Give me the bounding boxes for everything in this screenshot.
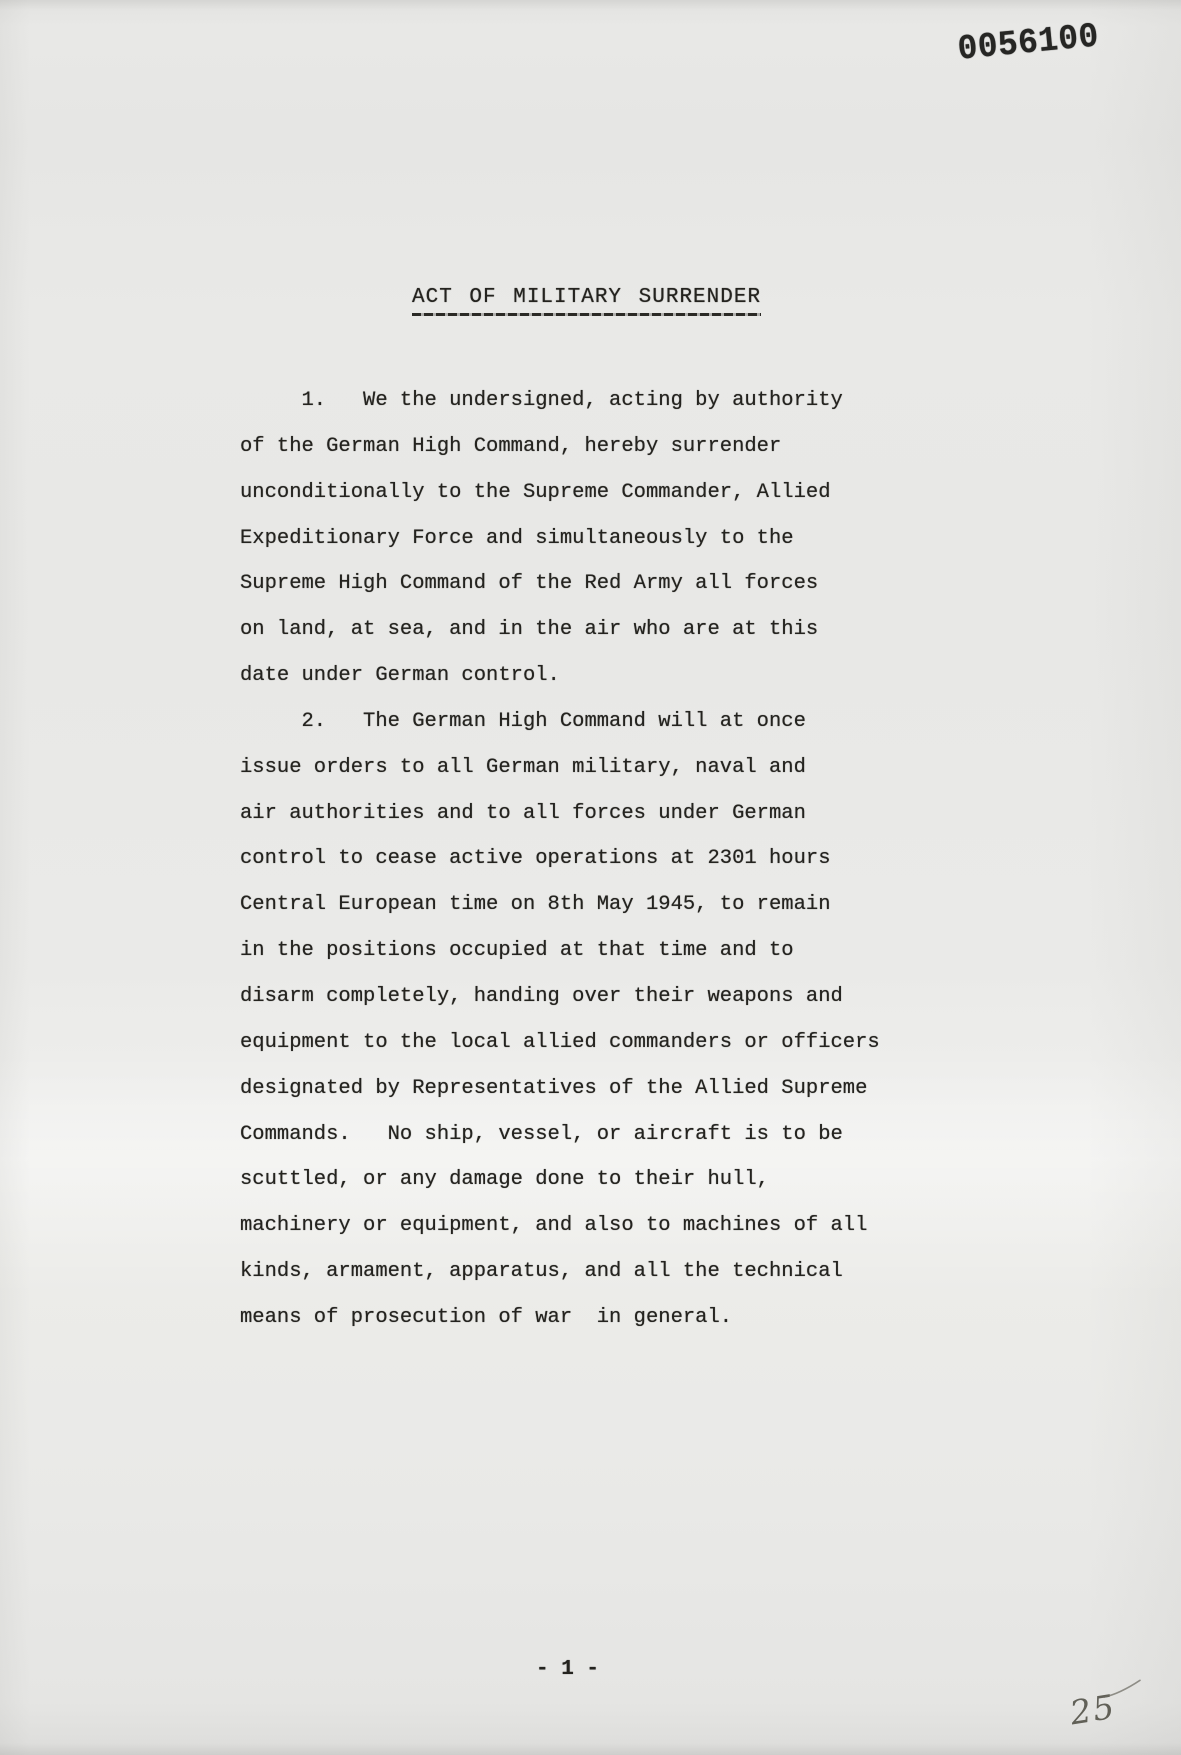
body-line: means of prosecution of war in general. — [240, 1295, 880, 1341]
body-line: in the positions occupied at that time a… — [240, 928, 880, 974]
body-line: air authorities and to all forces under … — [240, 791, 880, 837]
handwritten-annotation: 25 — [1067, 1687, 1119, 1733]
document-title: ACT OF MILITARY SURRENDER — [412, 286, 761, 316]
body-line: date under German control. — [240, 653, 880, 699]
body-line: Supreme High Command of the Red Army all… — [240, 561, 880, 607]
body-line: on land, at sea, and in the air who are … — [240, 607, 880, 653]
serial-number-stamp: 0056100 — [956, 16, 1101, 69]
body-line: machinery or equipment, and also to mach… — [240, 1203, 880, 1249]
page-number: - 1 - — [536, 1658, 599, 1681]
body-line: control to cease active operations at 23… — [240, 836, 880, 882]
document-body: 1. We the undersigned, acting by authori… — [240, 378, 880, 1341]
body-line: Central European time on 8th May 1945, t… — [240, 882, 880, 928]
body-line: 2. The German High Command will at once — [240, 699, 880, 745]
body-line: issue orders to all German military, nav… — [240, 745, 880, 791]
body-line: designated by Representatives of the All… — [240, 1066, 880, 1112]
body-line: scuttled, or any damage done to their hu… — [240, 1157, 880, 1203]
body-line: equipment to the local allied commanders… — [240, 1020, 880, 1066]
scanned-document-page: 0056100 ACT OF MILITARY SURRENDER 1. We … — [0, 0, 1181, 1755]
body-line: 1. We the undersigned, acting by authori… — [240, 378, 880, 424]
body-line: kinds, armament, apparatus, and all the … — [240, 1249, 880, 1295]
body-line: disarm completely, handing over their we… — [240, 974, 880, 1020]
handwritten-annotation-text: 25 — [1067, 1687, 1119, 1733]
body-line: Commands. No ship, vessel, or aircraft i… — [240, 1112, 880, 1158]
body-line: of the German High Command, hereby surre… — [240, 424, 880, 470]
body-line: Expeditionary Force and simultaneously t… — [240, 516, 880, 562]
body-line: unconditionally to the Supreme Commander… — [240, 470, 880, 516]
